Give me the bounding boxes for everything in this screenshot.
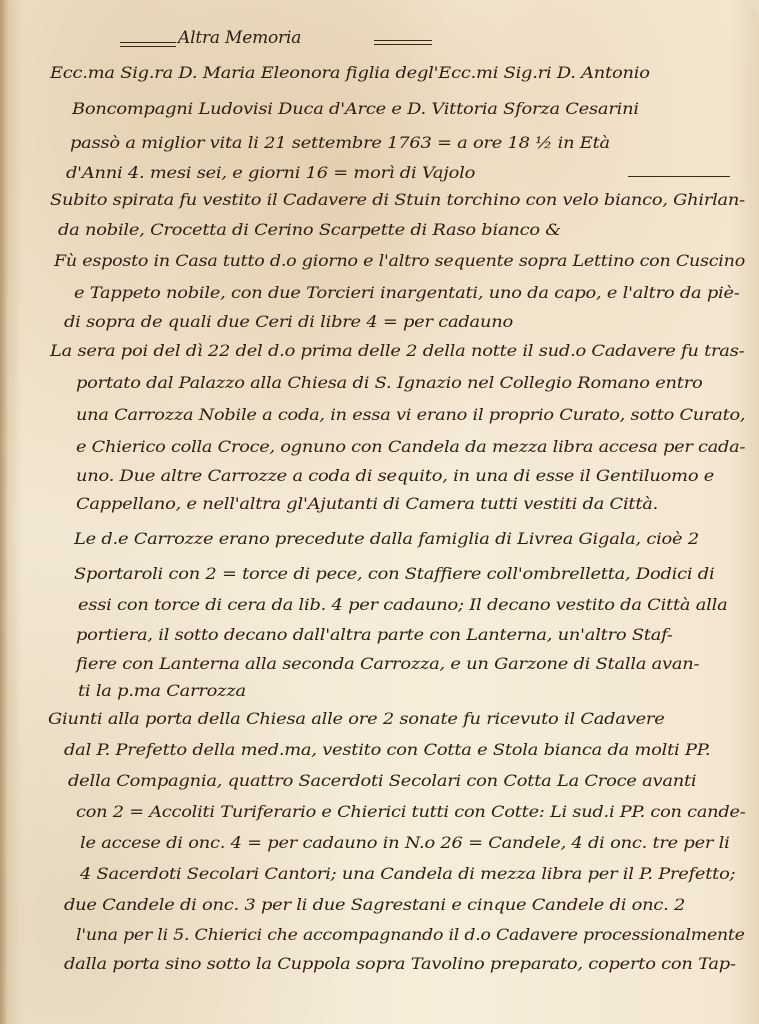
text-line-16: Le d.e Carrozze erano precedute dalla fa… (74, 530, 699, 548)
text-line-20: fiere con Lanterna alla seconda Carrozza… (76, 655, 699, 673)
text-line-30: dalla porta sino sotto la Cuppola sopra … (64, 955, 736, 973)
document-title: Altra Memoria (178, 28, 301, 48)
text-line-10: La sera poi del dì 22 del d.o prima dell… (50, 342, 744, 360)
text-line-25: con 2 = Accoliti Turiferario e Chierici … (76, 803, 746, 821)
text-line-12: una Carrozza Nobile a coda, in essa vi e… (76, 406, 745, 424)
text-line-23: dal P. Prefetto della med.ma, vestito co… (64, 741, 710, 759)
text-line-5: Subito spirata fu vestito il Cadavere di… (50, 191, 745, 209)
text-line-6: da nobile, Crocetta di Cerino Scarpette … (58, 221, 561, 239)
text-line-15: Cappellano, e nell'altra gl'Ajutanti di … (76, 495, 658, 513)
text-line-8: e Tappeto nobile, con due Torcieri inarg… (74, 284, 740, 302)
text-line-18: essi con torce di cera da lib. 4 per cad… (78, 596, 727, 614)
text-line-22: Giunti alla porta della Chiesa alle ore … (48, 710, 665, 728)
text-line-28: due Candele di onc. 3 per li due Sagrest… (64, 896, 685, 914)
text-line-9: di sopra de quali due Ceri di libre 4 = … (64, 313, 513, 331)
text-line-13: e Chierico colla Croce, ognuno con Cande… (76, 438, 745, 456)
text-line-24: della Compagnia, quattro Sacerdoti Secol… (68, 772, 696, 790)
page-binding-edge (0, 0, 8, 1024)
text-line-14: uno. Due altre Carrozze a coda di sequit… (76, 467, 714, 485)
text-line-2: Boncompagni Ludovisi Duca d'Arce e D. Vi… (72, 100, 639, 118)
text-line-27: 4 Sacerdoti Secolari Cantori; una Candel… (80, 865, 735, 883)
text-line-7: Fù esposto in Casa tutto d.o giorno e l'… (54, 252, 745, 270)
text-line-17: Sportaroli con 2 = torce di pece, con St… (74, 565, 714, 583)
title-rule-right (374, 40, 432, 45)
text-line-11: portato dal Palazzo alla Chiesa di S. Ig… (76, 374, 703, 392)
manuscript-page: Altra Memoria Ecc.ma Sig.ra D. Maria Ele… (0, 0, 759, 1024)
text-line-3: passò a miglior vita li 21 settembre 176… (70, 134, 610, 152)
text-line-26: le accese di onc. 4 = per cadauno in N.o… (80, 834, 730, 852)
text-line-4: d'Anni 4. mesi sei, e giorni 16 = morì d… (66, 164, 475, 182)
title-rule-left (120, 42, 176, 47)
text-line-1: Ecc.ma Sig.ra D. Maria Eleonora figlia d… (50, 64, 650, 82)
text-line-19: portiera, il sotto decano dall'altra par… (76, 626, 673, 644)
text-line-21: ti la p.ma Carrozza (78, 682, 246, 700)
text-line-29: l'una per li 5. Chierici che accompagnan… (76, 926, 745, 944)
line-4-rule (628, 176, 730, 177)
